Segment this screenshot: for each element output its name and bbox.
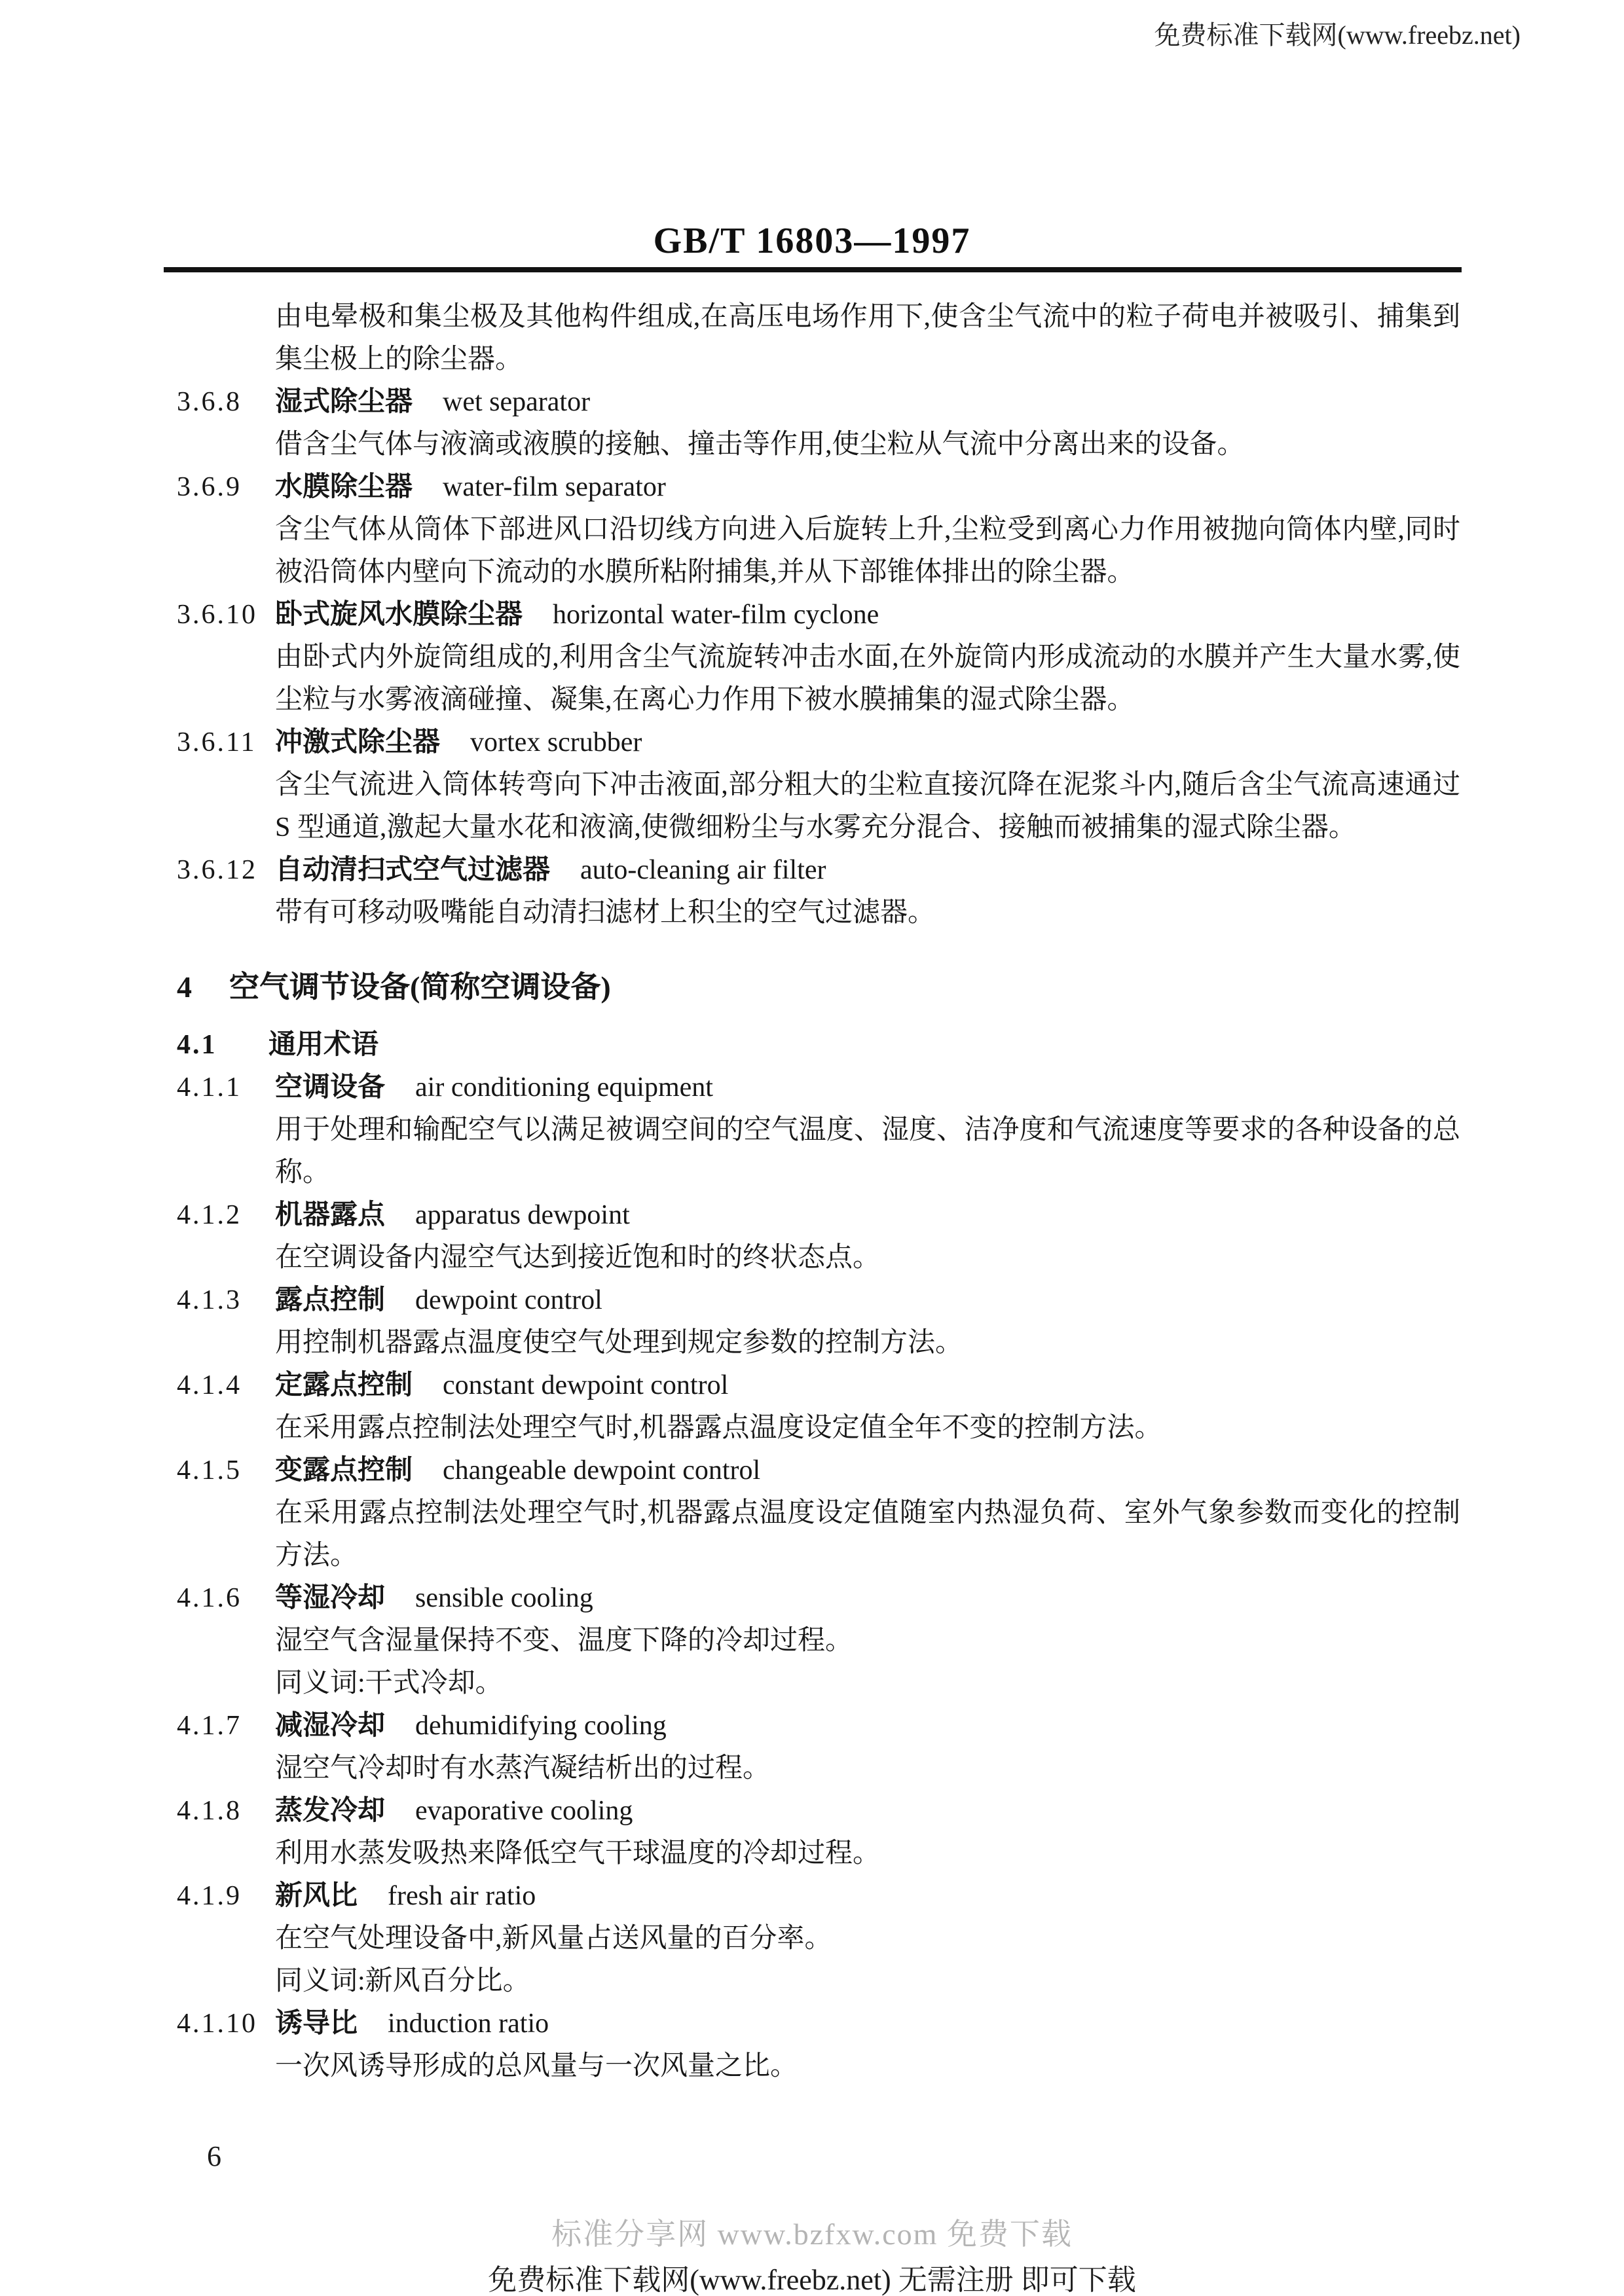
term-chinese: 湿式除尘器 [275,381,413,424]
term-definition: 湿空气冷却时有水蒸汽凝结析出的过程。 [275,1747,1460,1790]
term-english: sensible cooling [415,1577,593,1620]
term-chinese: 等湿冷却 [275,1577,385,1620]
term-entry-4-1-1: 4.1.1 空调设备 air conditioning equipment 用于… [177,1066,1460,1194]
term-line: 4.1.4 定露点控制 constant dewpoint control [177,1364,1460,1407]
term-chinese: 水膜除尘器 [275,466,413,509]
term-line: 4.1.2 机器露点 apparatus dewpoint [177,1194,1460,1237]
share-site-watermark: 标准分享网 www.bzfxw.com 免费下载 [0,2210,1624,2253]
term-definition: 在空气处理设备中,新风量占送风量的百分率。 [275,1918,1460,1960]
term-english: vortex scrubber [470,721,642,764]
section-4-1-heading: 4.1 通用术语 [177,1024,1460,1066]
term-line: 4.1.9 新风比 fresh air ratio [177,1875,1460,1918]
term-number: 4.1.8 [177,1790,275,1832]
term-english: water-film separator [443,466,666,509]
term-entry-3-6-11: 3.6.11 冲激式除尘器 vortex scrubber 含尘气流进入筒体转弯… [177,721,1460,849]
term-english: induction ratio [388,2003,549,2045]
term-entry-4-1-9: 4.1.9 新风比 fresh air ratio 在空气处理设备中,新风量占送… [177,1875,1460,2003]
term-english: dewpoint control [415,1279,602,1322]
term-line: 3.6.12 自动清扫式空气过滤器 auto-cleaning air filt… [177,849,1460,892]
term-chinese: 露点控制 [275,1279,385,1322]
term-entry-4-1-4: 4.1.4 定露点控制 constant dewpoint control 在采… [177,1364,1460,1449]
term-line: 4.1.10 诱导比 induction ratio [177,2003,1460,2045]
term-chinese: 新风比 [275,1875,358,1918]
term-chinese: 变露点控制 [275,1449,413,1492]
term-entry-4-1-10: 4.1.10 诱导比 induction ratio 一次风诱导形成的总风量与一… [177,2003,1460,2088]
page-body: 由电晕极和集尘极及其他构件组成,在高压电场作用下,使含尘气流中的粒子荷电并被吸引… [177,296,1460,2088]
term-line: 4.1.7 减湿冷却 dehumidifying cooling [177,1705,1460,1747]
section-number: 4 [177,964,229,1011]
header-rule [164,267,1462,272]
term-chinese: 定露点控制 [275,1364,413,1407]
term-chinese: 冲激式除尘器 [275,721,440,764]
term-synonym: 同义词:干式冷却。 [275,1662,1460,1705]
term-definition: 一次风诱导形成的总风量与一次风量之比。 [275,2045,1460,2088]
term-english: air conditioning equipment [415,1066,713,1109]
term-line: 4.1.3 露点控制 dewpoint control [177,1279,1460,1322]
term-entry-4-1-3: 4.1.3 露点控制 dewpoint control 用控制机器露点温度使空气… [177,1279,1460,1364]
term-number: 3.6.8 [177,381,275,424]
term-number: 3.6.12 [177,849,275,892]
term-definition: 用于处理和输配空气以满足被调空间的空气温度、湿度、洁净度和气流速度等要求的各种设… [275,1109,1460,1194]
term-line: 4.1.5 变露点控制 changeable dewpoint control [177,1449,1460,1492]
term-entry-4-1-2: 4.1.2 机器露点 apparatus dewpoint 在空调设备内湿空气达… [177,1194,1460,1279]
term-definition: 含尘气流进入筒体转弯向下冲击液面,部分粗大的尘粒直接沉降在泥浆斗内,随后含尘气流… [275,764,1460,849]
term-line: 4.1.1 空调设备 air conditioning equipment [177,1066,1460,1109]
term-english: apparatus dewpoint [415,1194,630,1237]
term-entry-3-6-10: 3.6.10 卧式旋风水膜除尘器 horizontal water-film c… [177,594,1460,721]
continuation-paragraph: 由电晕极和集尘极及其他构件组成,在高压电场作用下,使含尘气流中的粒子荷电并被吸引… [275,296,1460,381]
term-chinese: 自动清扫式空气过滤器 [275,849,550,892]
term-definition: 在采用露点控制法处理空气时,机器露点温度设定值随室内热湿负荷、室外气象参数而变化… [275,1492,1460,1577]
term-number: 4.1.5 [177,1449,275,1492]
term-chinese: 机器露点 [275,1194,385,1237]
section-4-heading: 4 空气调节设备(简称空调设备) [177,964,1460,1011]
term-number: 4.1.4 [177,1364,275,1407]
term-number: 4.1.2 [177,1194,275,1237]
term-synonym: 同义词:新风百分比。 [275,1960,1460,2003]
section-number: 4.1 [177,1024,268,1066]
term-english: wet separator [443,381,590,424]
term-chinese: 卧式旋风水膜除尘器 [275,594,523,636]
term-number: 3.6.11 [177,721,275,764]
term-number: 4.1.6 [177,1577,275,1620]
term-english: fresh air ratio [388,1875,536,1918]
term-number: 4.1.9 [177,1875,275,1918]
term-english: changeable dewpoint control [443,1449,760,1492]
term-chinese: 减湿冷却 [275,1705,385,1747]
bottom-site-note: 免费标准下载网(www.freebz.net) 无需注册 即可下载 [0,2256,1624,2296]
section-title: 空气调节设备(简称空调设备) [229,964,611,1011]
term-chinese: 诱导比 [275,2003,358,2045]
term-line: 4.1.6 等湿冷却 sensible cooling [177,1577,1460,1620]
page-number: 6 [207,2140,221,2173]
term-number: 3.6.10 [177,594,275,636]
section-title: 通用术语 [268,1024,378,1066]
term-entry-3-6-9: 3.6.9 水膜除尘器 water-film separator 含尘气体从筒体… [177,466,1460,594]
standard-number-title: GB/T 16803—1997 [164,220,1460,262]
term-entry-4-1-7: 4.1.7 减湿冷却 dehumidifying cooling 湿空气冷却时有… [177,1705,1460,1790]
term-number: 4.1.1 [177,1066,275,1109]
term-definition: 在空调设备内湿空气达到接近饱和时的终状态点。 [275,1237,1460,1279]
term-definition: 带有可移动吸嘴能自动清扫滤材上积尘的空气过滤器。 [275,892,1460,934]
term-entry-4-1-8: 4.1.8 蒸发冷却 evaporative cooling 利用水蒸发吸热来降… [177,1790,1460,1875]
term-entry-3-6-12: 3.6.12 自动清扫式空气过滤器 auto-cleaning air filt… [177,849,1460,934]
term-english: horizontal water-film cyclone [553,594,879,636]
term-line: 3.6.11 冲激式除尘器 vortex scrubber [177,721,1460,764]
term-number: 4.1.7 [177,1705,275,1747]
term-line: 4.1.8 蒸发冷却 evaporative cooling [177,1790,1460,1832]
term-definition: 湿空气含湿量保持不变、温度下降的冷却过程。 [275,1620,1460,1662]
term-definition: 利用水蒸发吸热来降低空气干球温度的冷却过程。 [275,1832,1460,1875]
term-entry-3-6-8: 3.6.8 湿式除尘器 wet separator 借含尘气体与液滴或液膜的接触… [177,381,1460,466]
term-definition: 含尘气体从筒体下部进风口沿切线方向进入后旋转上升,尘粒受到离心力作用被抛向筒体内… [275,509,1460,594]
term-english: dehumidifying cooling [415,1705,667,1747]
term-entry-4-1-5: 4.1.5 变露点控制 changeable dewpoint control … [177,1449,1460,1577]
term-definition: 由卧式内外旋筒组成的,利用含尘气流旋转冲击水面,在外旋筒内形成流动的水膜并产生大… [275,636,1460,721]
term-line: 3.6.9 水膜除尘器 water-film separator [177,466,1460,509]
term-definition: 借含尘气体与液滴或液膜的接触、撞击等作用,使尘粒从气流中分离出来的设备。 [275,424,1460,466]
term-english: evaporative cooling [415,1790,633,1832]
term-entry-4-1-6: 4.1.6 等湿冷却 sensible cooling 湿空气含湿量保持不变、温… [177,1577,1460,1705]
term-english: auto-cleaning air filter [580,849,826,892]
term-line: 3.6.8 湿式除尘器 wet separator [177,381,1460,424]
term-chinese: 空调设备 [275,1066,385,1109]
term-english: constant dewpoint control [443,1364,728,1407]
scanned-standard-page: 免费标准下载网(www.freebz.net) GB/T 16803—1997 … [0,0,1624,2296]
term-number: 3.6.9 [177,466,275,509]
top-right-site-note: 免费标准下载网(www.freebz.net) [1154,20,1521,51]
term-definition: 在采用露点控制法处理空气时,机器露点温度设定值全年不变的控制方法。 [275,1407,1460,1449]
term-line: 3.6.10 卧式旋风水膜除尘器 horizontal water-film c… [177,594,1460,636]
term-number: 4.1.10 [177,2003,275,2045]
term-number: 4.1.3 [177,1279,275,1322]
term-definition: 用控制机器露点温度使空气处理到规定参数的控制方法。 [275,1322,1460,1364]
term-chinese: 蒸发冷却 [275,1790,385,1832]
